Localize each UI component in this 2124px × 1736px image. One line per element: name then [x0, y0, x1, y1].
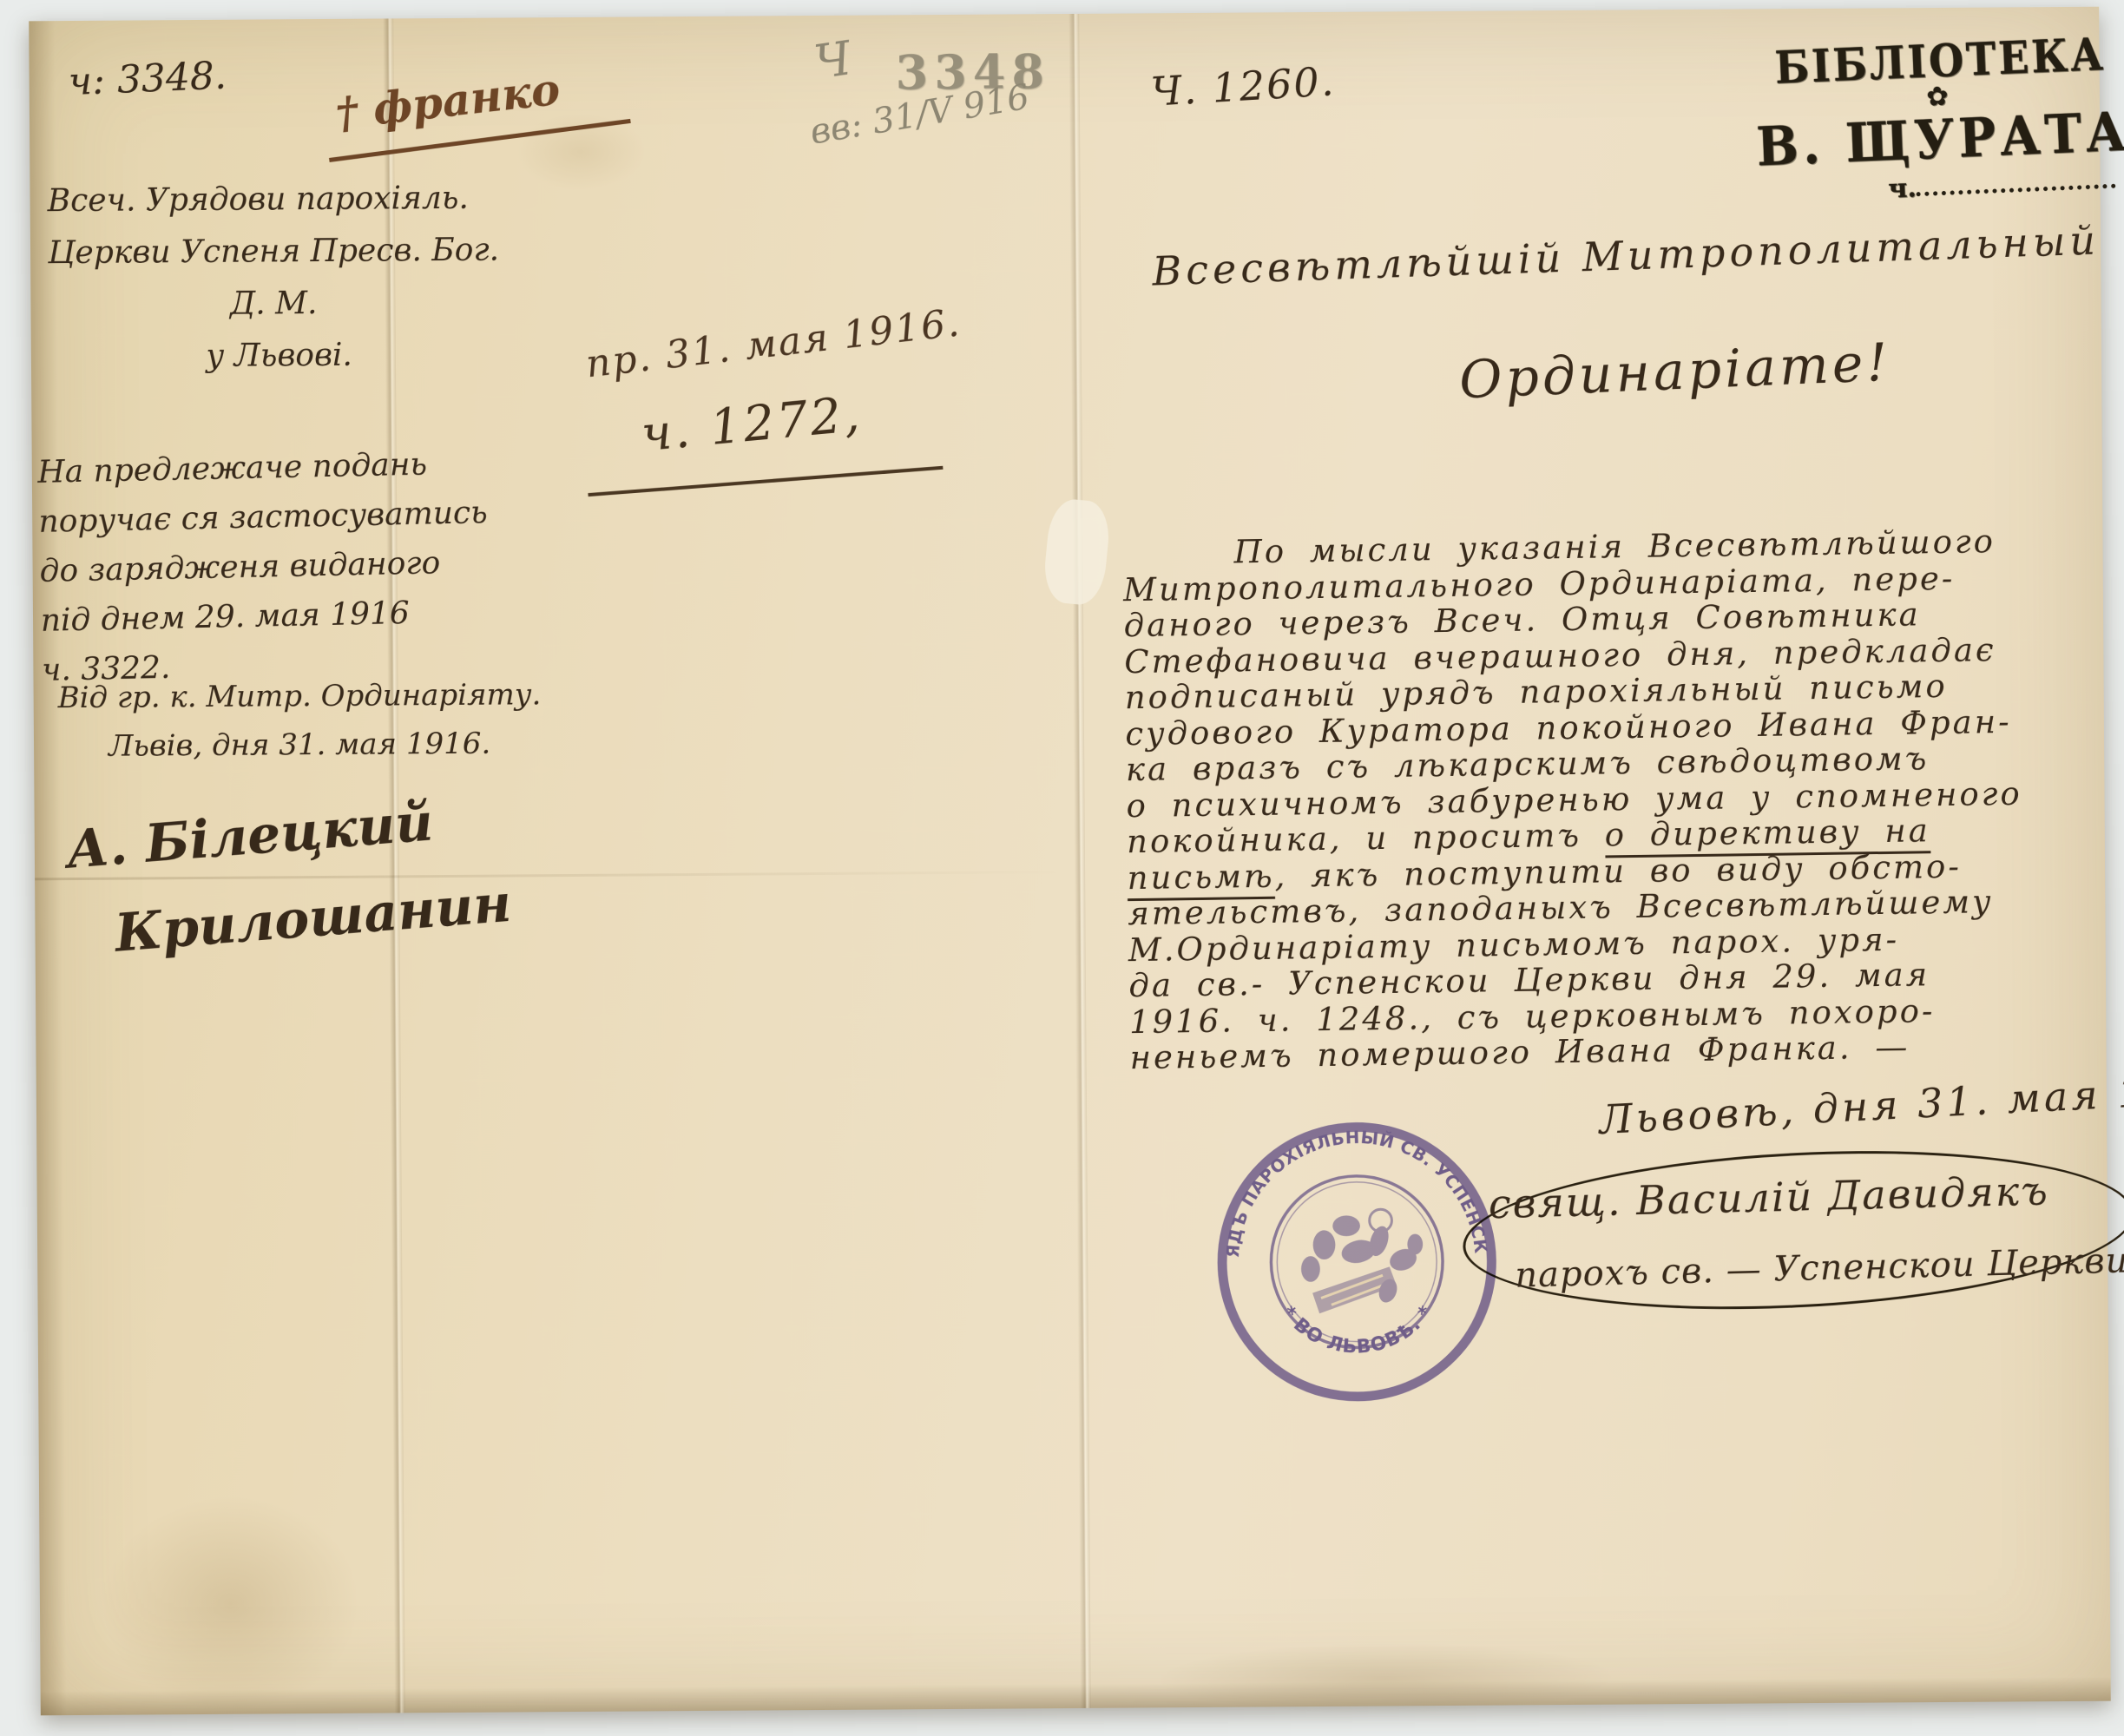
dotted-line — [1916, 168, 2116, 197]
seal-bottom-text: * ВО ЛЬВОВѢ. * — [1277, 1301, 1437, 1358]
library-stamp-ch-label: ч. — [1888, 173, 1917, 204]
left-office-note: Від гр. к. Митр. Ординаріяту.Львів, дня … — [57, 670, 541, 771]
paper-stain — [100, 1495, 362, 1713]
document-scan: { "page": { "background_color": "#e9eceb… — [0, 0, 2124, 1736]
seal-ring-text: ГР. КАТ. УРЯДЪ ПАРОХІЯЛЬНЫЙ СВ. УСПЕНСКО… — [1210, 1115, 1490, 1259]
left-official-signature: А. БілецкийКрилошанин — [63, 773, 514, 980]
left-resolution-note: На предлежаче поданьпоручає ся застосува… — [37, 438, 491, 695]
franko-annotation: † франко — [332, 63, 562, 140]
fold-crease-right — [1069, 14, 1091, 1708]
salutation-line2: Ординаріате! — [1458, 332, 1892, 411]
library-stamp: БІБЛІОТЕКА ✿ В. ЩУРАТА ч. — [1752, 30, 2124, 210]
signature-flourish-oval — [1459, 1136, 2124, 1325]
letter-body: По мысли указанія ВсесвѣтлѣйшогоМитропол… — [1122, 523, 2026, 1076]
journal-number: ч. 1272, — [639, 386, 865, 464]
date-line: Львовѣ, дня 31. мая 1916. — [1598, 1063, 2124, 1143]
paper-sheet: ч: 3348. Всеч. Урядови парохіяль.Церкви … — [29, 7, 2111, 1716]
journal-number-underline — [588, 466, 943, 496]
dormition-icon — [1301, 1209, 1424, 1314]
salutation-line1: Всесвѣтлѣйшій Митрополитальный — [1152, 216, 2101, 294]
left-reference-number: ч: 3348. — [68, 54, 227, 105]
parish-seal: ГР. КАТ. УРЯДЪ ПАРОХІЯЛЬНЫЙ СВ. УСПЕНСКО… — [1210, 1115, 1503, 1409]
left-address-block: Всеч. Урядови парохіяль.Церкви Успеня Пр… — [47, 174, 378, 385]
entry-letter: Ч — [811, 30, 855, 89]
paper-bottom-grime — [41, 1677, 2111, 1716]
paper-stain — [516, 112, 647, 191]
presented-date-note: пр. 31. мая 1916. — [583, 300, 963, 386]
right-reference-number: Ч. 1260. — [1149, 57, 1336, 115]
